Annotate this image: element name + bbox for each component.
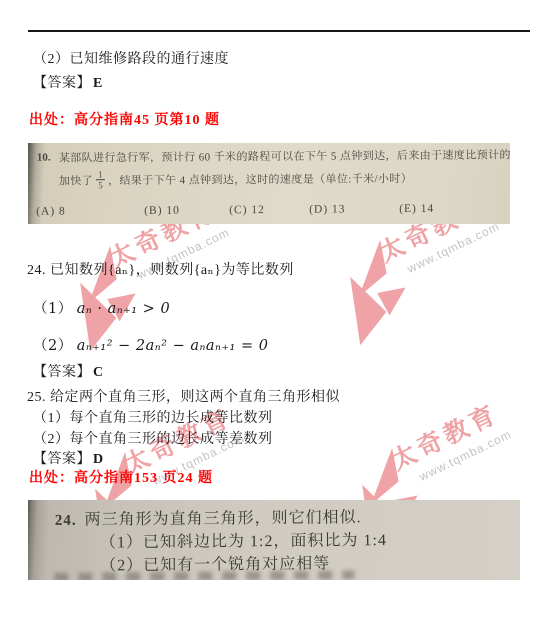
watermark-url: www.tqmba.com <box>405 219 502 276</box>
question-number: 10. <box>37 152 51 164</box>
answer-line-q10: 【答案】E <box>33 75 103 93</box>
photo-q10-content: 10. 某部队进行急行军，预计行 60 千米的路程可以在下午 5 点钟到达，后来… <box>28 143 510 224</box>
answer-line-q24: 【答案】C <box>33 364 104 382</box>
option-d: (D) 13 <box>309 203 345 215</box>
watermark-brand-name: 太奇教育 <box>384 394 504 477</box>
question-number: 24. <box>55 513 77 529</box>
question-stem: 两三角形为直角三角形，则它们相似. <box>84 509 361 528</box>
fraction-denominator: 5 <box>96 179 105 190</box>
option-a: (A) 8 <box>36 205 66 217</box>
answer-value: D <box>93 452 104 467</box>
question-24-condition-1: （1）aₙ · aₙ₊₁ > 0 <box>33 300 170 318</box>
condition-number: （1） <box>33 301 73 317</box>
answer-label: 【答案】 <box>33 452 91 467</box>
cropped-next-question-blur <box>54 570 354 580</box>
taiqi-k-logo-icon <box>323 240 419 347</box>
answer-options-row: (A) 8 (B) 10 (C) 12 (D) 13 (E) 14 <box>28 202 510 223</box>
condition-formula: aₙ · aₙ₊₁ > 0 <box>77 301 170 317</box>
source-reference-2: 出处：高分指南153 页24 题 <box>29 470 213 488</box>
answer-label: 【答案】 <box>33 365 91 380</box>
question-text-line1: 某部队进行急行军，预计行 60 千米的路程可以在下午 5 点钟到达，后来由于速度… <box>59 146 510 165</box>
condition-formula: aₙ₊₁² − 2aₙ² − aₙaₙ₊₁ = 0 <box>77 338 269 354</box>
watermark-url: www.tqmba.com <box>417 427 514 484</box>
question-text-line1: 24.两三角形为直角三角形，则它们相似. <box>55 504 362 530</box>
textbook-photo-q24: 24.两三角形为直角三角形，则它们相似. （1）已知斜边比为 1:2，面积比为 … <box>28 500 520 580</box>
question-25-condition-2: （2）每个直角三形的边长成等差数列 <box>33 431 273 449</box>
question-condition-1: （1）已知斜边比为 1:2，面积比为 1:4 <box>100 527 387 553</box>
photo-q24-content: 24.两三角形为直角三角形，则它们相似. （1）已知斜边比为 1:2，面积比为 … <box>28 500 520 580</box>
answer-line-q25: 【答案】D <box>33 451 104 469</box>
answer-value: E <box>93 76 103 91</box>
option-c: (C) 12 <box>229 204 265 216</box>
answer-value: C <box>93 365 104 380</box>
question-24-stem: 24. 已知数列{aₙ}，则数列{aₙ}为等比数列 <box>27 262 294 280</box>
condition-number: （2） <box>33 338 73 354</box>
fraction-one-fifth: 1 5 <box>96 169 105 191</box>
source-reference-1: 出处：高分指南45 页第10 题 <box>29 112 220 130</box>
textbook-photo-q10: 10. 某部队进行急行军，预计行 60 千米的路程可以在下午 5 点钟到达，后来… <box>28 143 510 224</box>
line2-prefix: 加快了 <box>59 172 93 188</box>
fraction-numerator: 1 <box>98 169 103 179</box>
question-24-condition-2: （2）aₙ₊₁² − 2aₙ² − aₙaₙ₊₁ = 0 <box>33 337 268 355</box>
answer-label: 【答案】 <box>33 76 91 91</box>
sub-question-line: （2）已知维修路段的通行速度 <box>33 51 229 69</box>
document-page: 太奇教育 www.tqmba.com 太奇教育 www.tqmba.com 太奇… <box>0 0 558 634</box>
option-b: (B) 10 <box>144 205 180 217</box>
header-rule <box>28 30 530 32</box>
line2-suffix: ，结果于下午 4 点钟到达，这时的速度是（单位:千米/小时） <box>108 170 412 188</box>
question-text-line2: 加快了 1 5 ，结果于下午 4 点钟到达，这时的速度是（单位:千米/小时） <box>59 167 412 191</box>
option-e: (E) 14 <box>399 203 434 215</box>
question-25-condition-1: （1）每个直角三形的边长成等比数列 <box>33 410 273 428</box>
question-25-stem: 25. 给定两个直角三形，则这两个直角三角形相似 <box>27 389 340 407</box>
